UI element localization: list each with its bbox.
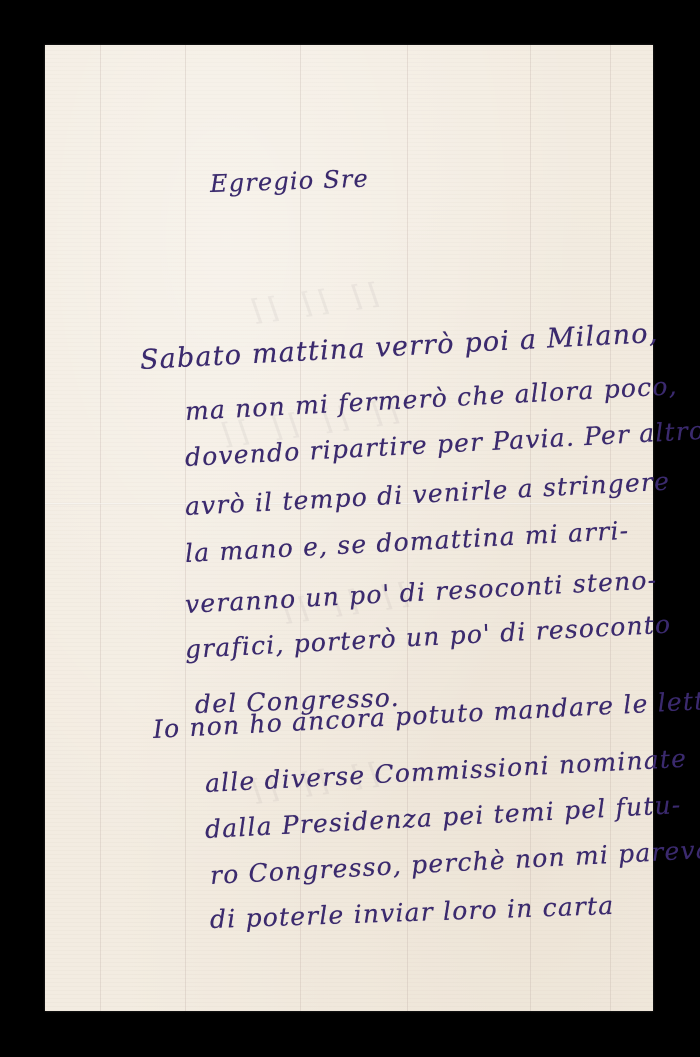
letter-line-2: ma non mi fermerò che allora poco, <box>184 371 678 426</box>
letter-line-7: grafici, porterò un po' di resoconto <box>184 610 672 664</box>
letter-line-4: avrò il tempo di venirle a stringere <box>184 467 670 521</box>
letter-page: ll ll ll ll ll ll ll ll ll ll ll ll ll E… <box>45 45 653 1011</box>
letter-line-1: Sabato mattina verrò poi a Milano, <box>139 318 659 376</box>
letter-line-10: alle diverse Commissioni nominate <box>204 744 688 798</box>
reverse-side-bleed-through: ll ll ll <box>243 276 382 334</box>
letter-line-3: dovendo ripartire per Pavia. Per altro <box>184 416 700 472</box>
paper-rule-line <box>100 45 101 1011</box>
paper-rule-line <box>185 45 186 1011</box>
viewer-stage: ll ll ll ll ll ll ll ll ll ll ll ll ll E… <box>0 0 700 1057</box>
letter-line-6: veranno un po' di resoconti steno- <box>184 565 658 619</box>
letter-line-12: ro Congresso, perchè non mi pareva <box>209 835 700 890</box>
letter-line-13: di poterle inviar loro in carta <box>209 891 614 934</box>
letter-salutation: Egregio Sre <box>210 164 370 198</box>
